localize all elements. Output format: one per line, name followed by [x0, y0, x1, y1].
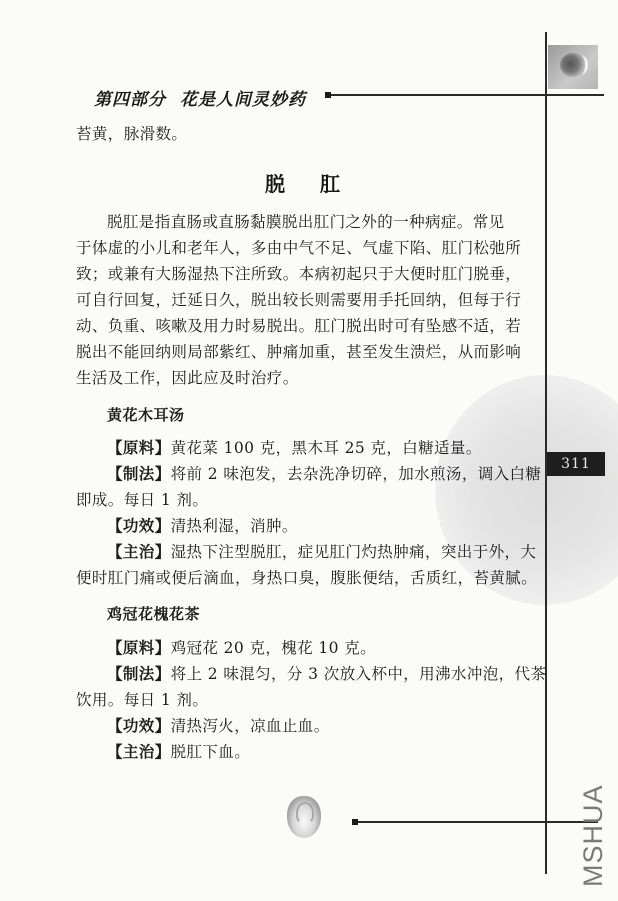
recipe-effect: 【功效】清热利湿，消肿。: [107, 514, 298, 536]
effect-label: 【功效】: [107, 717, 171, 735]
recipe-ingredients: 【原料】鸡冠花 20 克，槐花 10 克。: [107, 636, 376, 658]
method-text: 将前 2 味泡发，去杂洗净切碎，加水煎汤，调入白糖: [171, 465, 542, 483]
ingredients-text: 鸡冠花 20 克，槐花 10 克。: [171, 639, 376, 657]
ingredients-text: 黄花菜 100 克，黑木耳 25 克，白糖适量。: [171, 439, 482, 457]
effect-label: 【功效】: [107, 517, 171, 535]
indication-text: 湿热下注型脱肛，症见肛门灼热肿痛，突出于外，大: [171, 543, 537, 561]
paragraph-line: 可自行回复，迁延日久，脱出较长则需要用手托回纳，但每于行: [76, 288, 521, 310]
method-label: 【制法】: [107, 465, 171, 483]
flower-emblem-icon: [287, 796, 321, 838]
paragraph-line: 致；或兼有大肠湿热下注所致。本病初起只于大便时肛门脱垂，: [76, 262, 521, 284]
recipe-indication: 【主治】脱肛下血。: [107, 740, 250, 762]
continuation-text: 苔黄，脉滑数。: [76, 122, 187, 144]
recipe-ingredients: 【原料】黄花菜 100 克，黑木耳 25 克，白糖适量。: [107, 436, 482, 458]
method-label: 【制法】: [107, 665, 171, 683]
book-page: 第四部分花是人间灵妙药 苔黄，脉滑数。 脱 肛 脱肛是指直肠或直肠黏膜脱出肛门之…: [0, 0, 618, 901]
footer-rule: [358, 821, 598, 823]
recipe-effect: 【功效】清热泻火，凉血止血。: [107, 714, 330, 736]
swirl-emblem-icon: [548, 45, 598, 89]
header-part: 第四部分: [94, 90, 166, 110]
header-title: 花是人间灵妙药: [180, 90, 306, 110]
paragraph-line: 脱肛是指直肠或直肠黏膜脱出肛门之外的一种病症。常见: [107, 210, 505, 232]
paragraph-line: 生活及工作，因此应及时治疗。: [76, 366, 299, 388]
ingredients-label: 【原料】: [107, 639, 171, 657]
method-text-cont: 即成。每日 1 剂。: [76, 488, 208, 510]
indication-text-cont: 便时肛门痛或便后滴血，身热口臭，腹胀便结，舌质红，苔黄腻。: [76, 566, 537, 588]
indication-text: 脱肛下血。: [171, 743, 251, 761]
running-header: 第四部分花是人间灵妙药: [94, 85, 306, 110]
effect-text: 清热利湿，消肿。: [171, 517, 298, 535]
ingredients-label: 【原料】: [107, 439, 171, 457]
paragraph-line: 脱出不能回纳则局部紫红、肿痛加重，甚至发生溃烂，从而影响: [76, 340, 521, 362]
recipe-method: 【制法】将上 2 味混匀，分 3 次放入杯中，用沸水冲泡，代茶: [107, 662, 546, 684]
recipe-method: 【制法】将前 2 味泡发，去杂洗净切碎，加水煎汤，调入白糖: [107, 462, 541, 484]
indication-label: 【主治】: [107, 543, 171, 561]
page-number: 311: [547, 452, 605, 476]
method-text: 将上 2 味混匀，分 3 次放入杯中，用沸水冲泡，代茶: [171, 665, 547, 683]
watermark-text: MSHUA: [578, 784, 609, 887]
swirl-shape: [560, 53, 586, 77]
recipe-title: 鸡冠花槐花茶: [107, 603, 200, 624]
recipe-title: 黄花木耳汤: [107, 404, 185, 425]
paragraph-line: 动、负重、咳嗽及用力时易脱出。肛门脱出时可有坠感不适，若: [76, 314, 521, 336]
header-rule: [331, 94, 604, 96]
paragraph-line: 于体虚的小儿和老年人，多由中气不足、气虚下陷、肛门松弛所: [76, 236, 521, 258]
method-text-cont: 饮用。每日 1 剂。: [76, 688, 208, 710]
section-title: 脱 肛: [265, 168, 354, 197]
recipe-indication: 【主治】湿热下注型脱肛，症见肛门灼热肿痛，突出于外，大: [107, 540, 536, 562]
indication-label: 【主治】: [107, 743, 171, 761]
effect-text: 清热泻火，凉血止血。: [171, 717, 330, 735]
